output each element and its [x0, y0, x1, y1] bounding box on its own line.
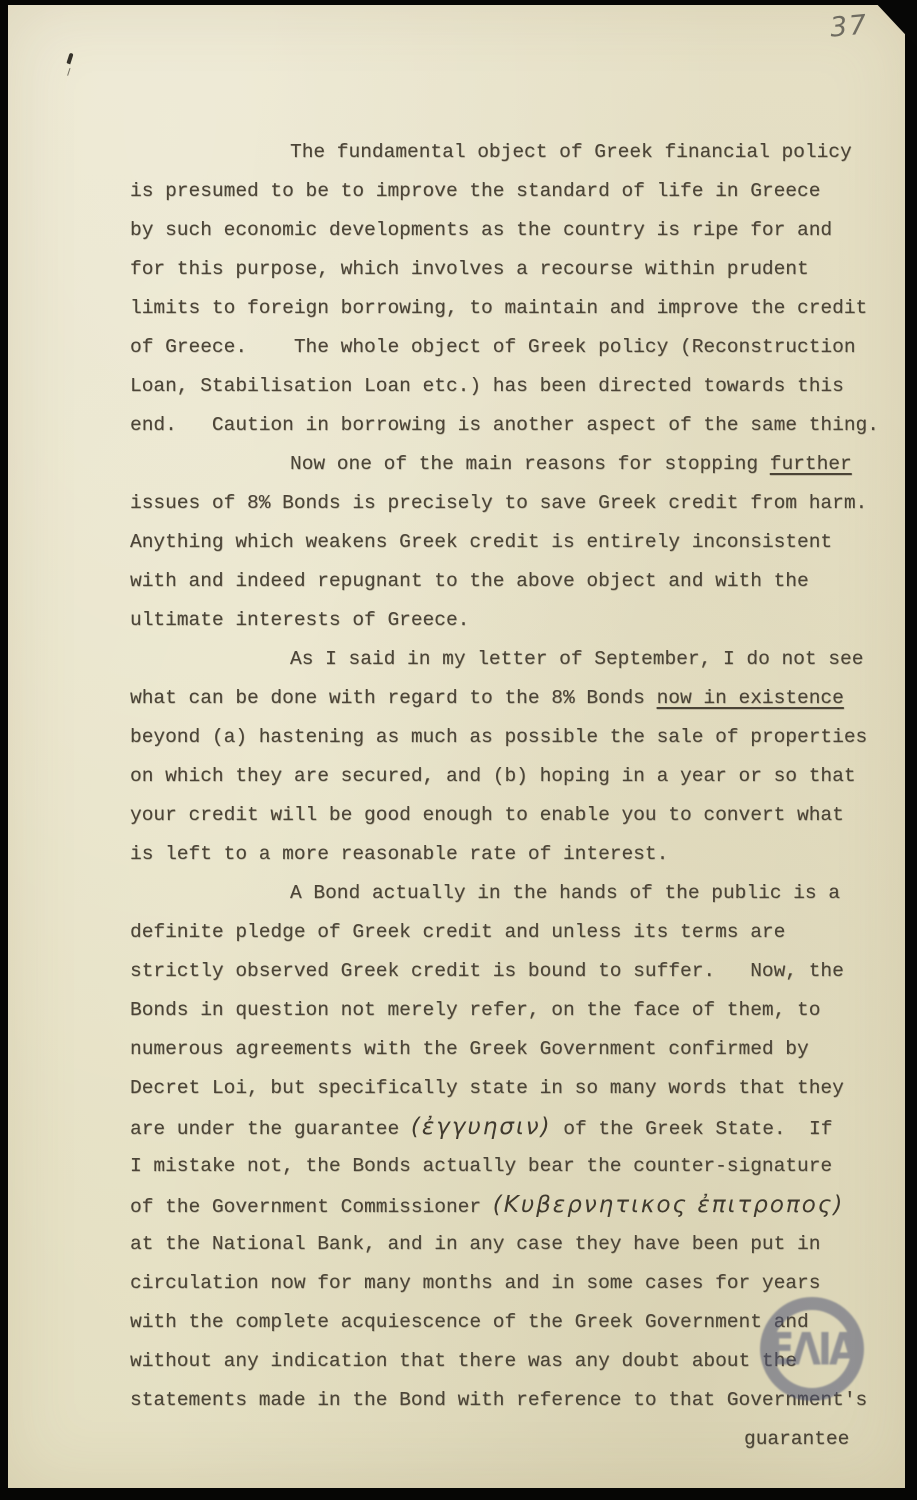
text-line: is presumed to be to improve the standar…: [130, 172, 879, 211]
text-line: statements made in the Bond with referen…: [130, 1381, 879, 1420]
text-line: by such economic developments as the cou…: [130, 211, 879, 250]
text-line: Decret Loi, but specifically state in so…: [130, 1069, 879, 1108]
text-line: are under the guarantee (ἐγγυησιν) of th…: [130, 1108, 879, 1147]
text-line: with the complete acquiescence of the Gr…: [130, 1303, 879, 1342]
text-line: at the National Bank, and in any case th…: [130, 1225, 879, 1264]
text-line: The fundamental object of Greek financia…: [130, 133, 879, 172]
text-line: your credit will be good enough to enabl…: [130, 796, 879, 835]
text-line: circulation now for many months and in s…: [130, 1264, 879, 1303]
text-line: strictly observed Greek credit is bound …: [130, 952, 879, 991]
text-line: without any indication that there was an…: [130, 1342, 879, 1381]
text-line: A Bond actually in the hands of the publ…: [130, 874, 879, 913]
scanned-document-screen: 37 The fundamental object of Greek finan…: [0, 0, 917, 1500]
typewritten-page: 37 The fundamental object of Greek finan…: [8, 5, 905, 1488]
text-line: on which they are secured, and (b) hopin…: [130, 757, 879, 796]
handwritten-page-number: 37: [829, 9, 870, 43]
text-line: definite pledge of Greek credit and unle…: [130, 913, 879, 952]
text-line: I mistake not, the Bonds actually bear t…: [130, 1147, 879, 1186]
text-line: limits to foreign borrowing, to maintain…: [130, 289, 879, 328]
text-line: what can be done with regard to the 8% B…: [130, 679, 879, 718]
text-line: ultimate interests of Greece.: [130, 601, 879, 640]
text-line: with and indeed repugnant to the above o…: [130, 562, 879, 601]
handwritten-greek: (Κυβερνητικος ἐπιτροπος): [493, 1192, 845, 1218]
text-line: beyond (a) hastening as much as possible…: [130, 718, 879, 757]
ink-mark-decoration: [66, 53, 73, 65]
text-line: for this purpose, which involves a recou…: [130, 250, 879, 289]
text-line: Now one of the main reasons for stopping…: [130, 445, 879, 484]
text-line: of Greece. The whole object of Greek pol…: [130, 328, 879, 367]
text-line: Bonds in question not merely refer, on t…: [130, 991, 879, 1030]
text-line: As I said in my letter of September, I d…: [130, 640, 879, 679]
text-line: of the Government Commissioner (Κυβερνητ…: [130, 1186, 879, 1225]
letter-body: The fundamental object of Greek financia…: [130, 133, 879, 1459]
text-line: Loan, Stabilisation Loan etc.) has been …: [130, 367, 879, 406]
handwritten-greek: (ἐγγυησιν): [411, 1114, 552, 1140]
text-line: issues of 8% Bonds is precisely to save …: [130, 484, 879, 523]
text-line: numerous agreements with the Greek Gover…: [130, 1030, 879, 1069]
text-line: guarantee: [130, 1420, 879, 1459]
text-line: is left to a more reasonable rate of int…: [130, 835, 879, 874]
text-line: Anything which weakens Greek credit is e…: [130, 523, 879, 562]
text-line: end. Caution in borrowing is another asp…: [130, 406, 879, 445]
